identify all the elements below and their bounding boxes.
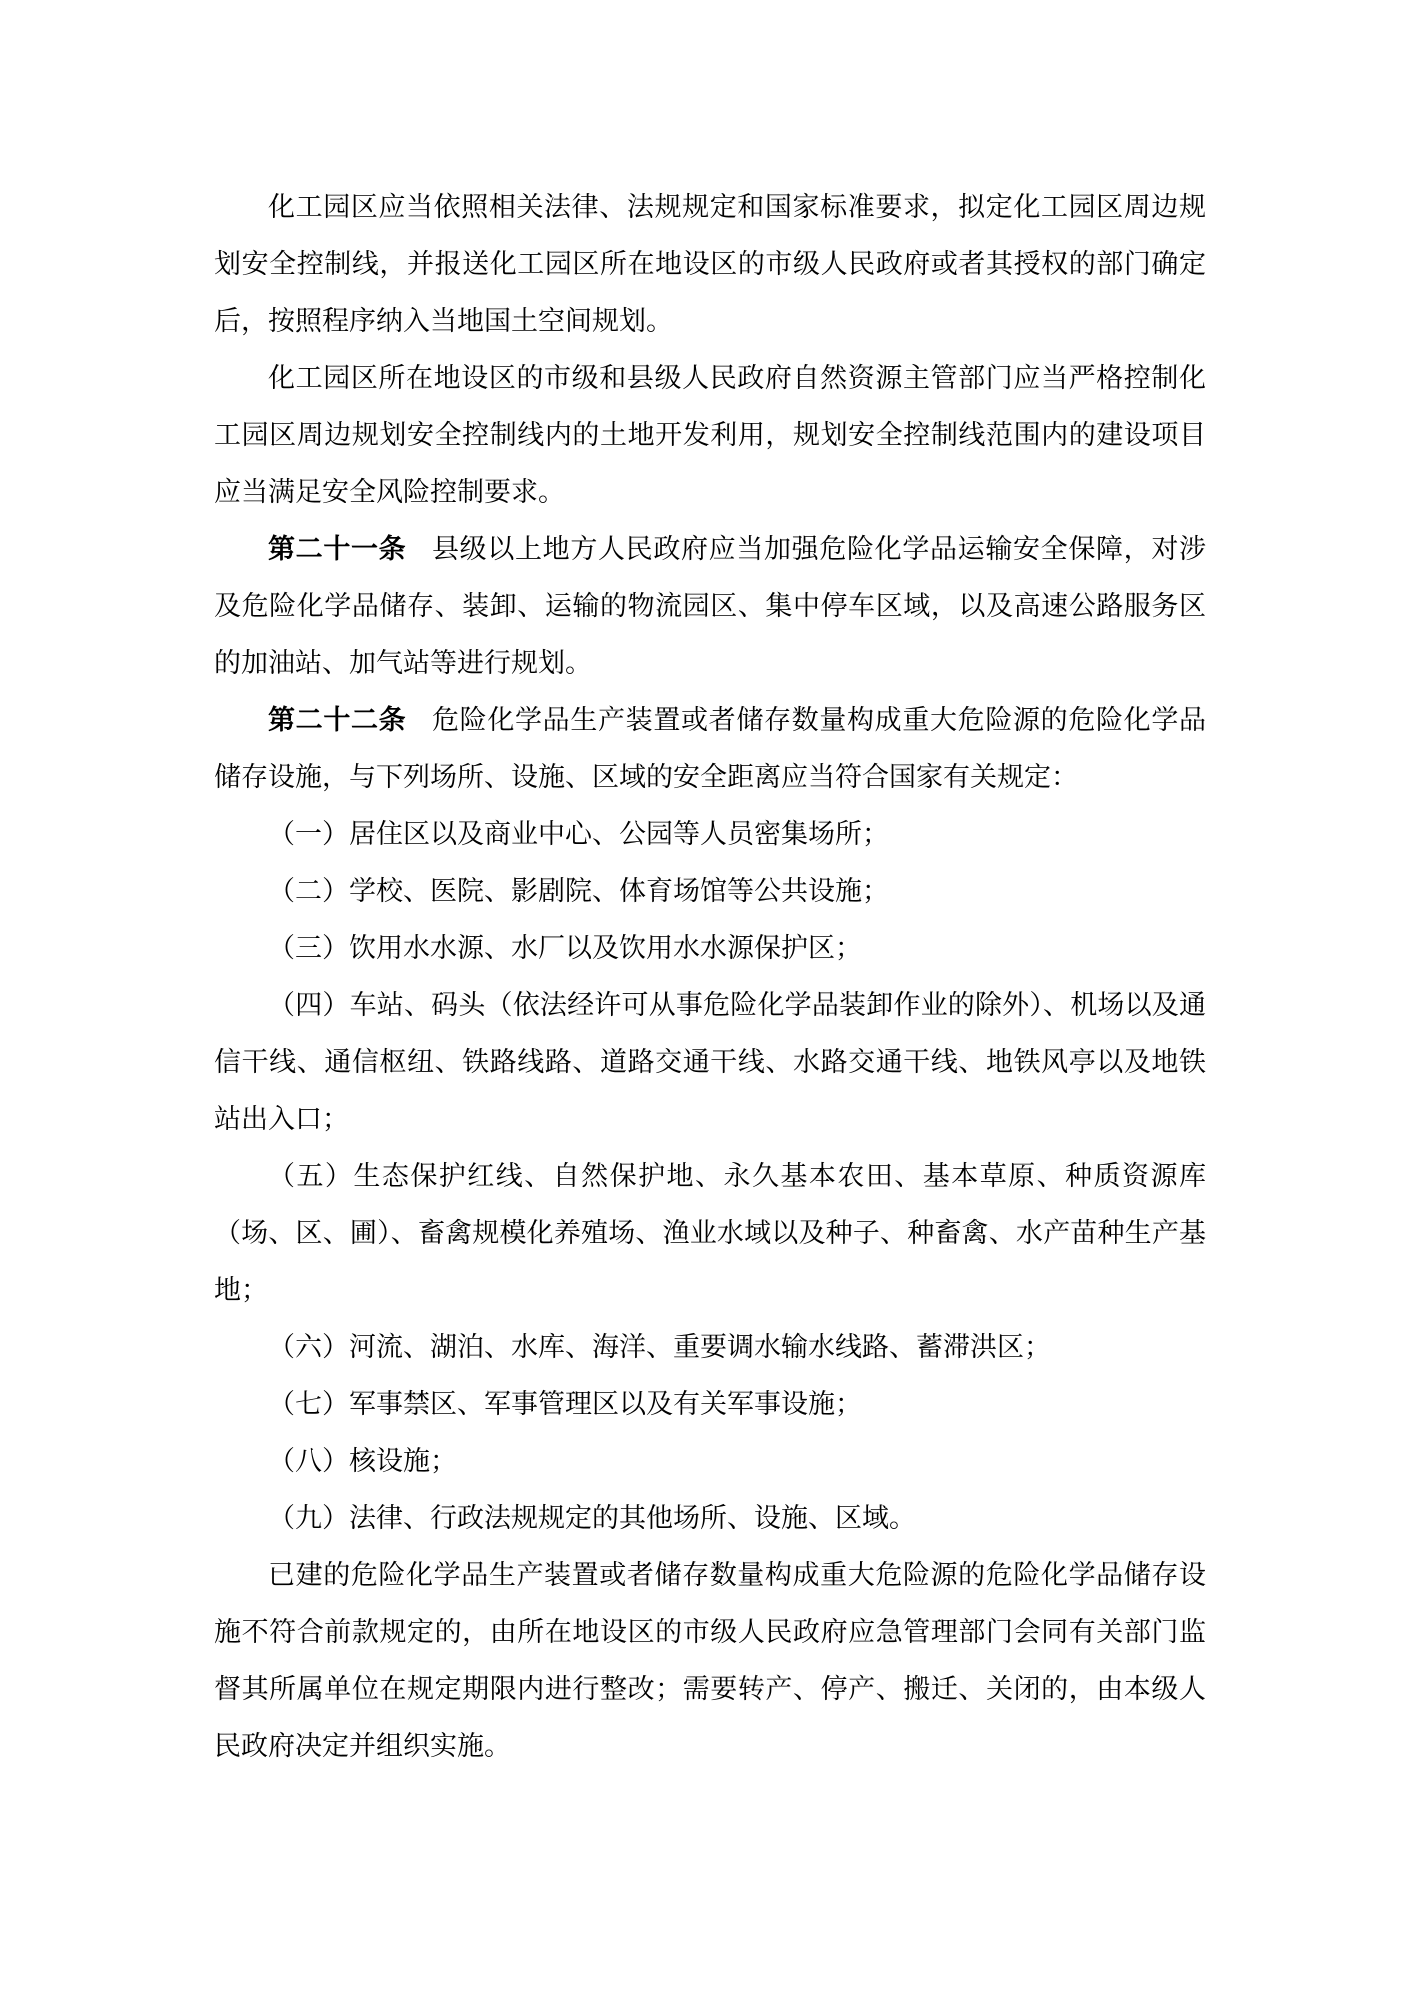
paragraph: （八）核设施； — [214, 1433, 1206, 1490]
paragraph: （四）车站、码头（依法经许可从事危险化学品装卸作业的除外）、机场以及通信干线、通… — [214, 977, 1206, 1148]
paragraph-text: （一）居住区以及商业中心、公园等人员密集场所； — [268, 819, 889, 849]
paragraph: （三）饮用水水源、水厂以及饮用水水源保护区； — [214, 920, 1206, 977]
paragraph-text: （三）饮用水水源、水厂以及饮用水水源保护区； — [268, 933, 862, 963]
paragraph: 化工园区应当依照相关法律、法规规定和国家标准要求，拟定化工园区周边规划安全控制线… — [214, 179, 1206, 350]
article-number: 第二十二条 — [268, 705, 406, 735]
paragraph-text: （四）车站、码头（依法经许可从事危险化学品装卸作业的除外）、机场以及通信干线、通… — [214, 990, 1206, 1134]
paragraph-text: 化工园区所在地设区的市级和县级人民政府自然资源主管部门应当严格控制化工园区周边规… — [214, 363, 1206, 507]
paragraph-text: 化工园区应当依照相关法律、法规规定和国家标准要求，拟定化工园区周边规划安全控制线… — [214, 192, 1206, 336]
paragraph: （五）生态保护红线、自然保护地、永久基本农田、基本草原、种质资源库（场、区、圃）… — [214, 1148, 1206, 1319]
paragraph: （六）河流、湖泊、水库、海洋、重要调水输水线路、蓄滞洪区； — [214, 1319, 1206, 1376]
paragraph-text: （八）核设施； — [268, 1446, 457, 1476]
paragraph: 化工园区所在地设区的市级和县级人民政府自然资源主管部门应当严格控制化工园区周边规… — [214, 350, 1206, 521]
paragraph: （九）法律、行政法规规定的其他场所、设施、区域。 — [214, 1490, 1206, 1547]
paragraph-text: （六）河流、湖泊、水库、海洋、重要调水输水线路、蓄滞洪区； — [268, 1332, 1051, 1362]
paragraph: （七）军事禁区、军事管理区以及有关军事设施； — [214, 1376, 1206, 1433]
article-paragraph: 第二十二条危险化学品生产装置或者储存数量构成重大危险源的危险化学品储存设施，与下… — [214, 692, 1206, 806]
paragraph: 已建的危险化学品生产装置或者储存数量构成重大危险源的危险化学品储存设施不符合前款… — [214, 1547, 1206, 1775]
paragraph-text: 已建的危险化学品生产装置或者储存数量构成重大危险源的危险化学品储存设施不符合前款… — [214, 1560, 1206, 1761]
paragraph-text: （七）军事禁区、军事管理区以及有关军事设施； — [268, 1389, 862, 1419]
document-page: 化工园区应当依照相关法律、法规规定和国家标准要求，拟定化工园区周边规划安全控制线… — [0, 0, 1414, 2000]
paragraph: （一）居住区以及商业中心、公园等人员密集场所； — [214, 806, 1206, 863]
paragraph-text: （五）生态保护红线、自然保护地、永久基本农田、基本草原、种质资源库（场、区、圃）… — [214, 1161, 1206, 1305]
document-body: 化工园区应当依照相关法律、法规规定和国家标准要求，拟定化工园区周边规划安全控制线… — [214, 179, 1206, 1775]
article-paragraph: 第二十一条县级以上地方人民政府应当加强危险化学品运输安全保障，对涉及危险化学品储… — [214, 521, 1206, 692]
paragraph-text: （二）学校、医院、影剧院、体育场馆等公共设施； — [268, 876, 889, 906]
paragraph: （二）学校、医院、影剧院、体育场馆等公共设施； — [214, 863, 1206, 920]
paragraph-text: （九）法律、行政法规规定的其他场所、设施、区域。 — [268, 1503, 916, 1533]
article-number: 第二十一条 — [268, 534, 406, 564]
